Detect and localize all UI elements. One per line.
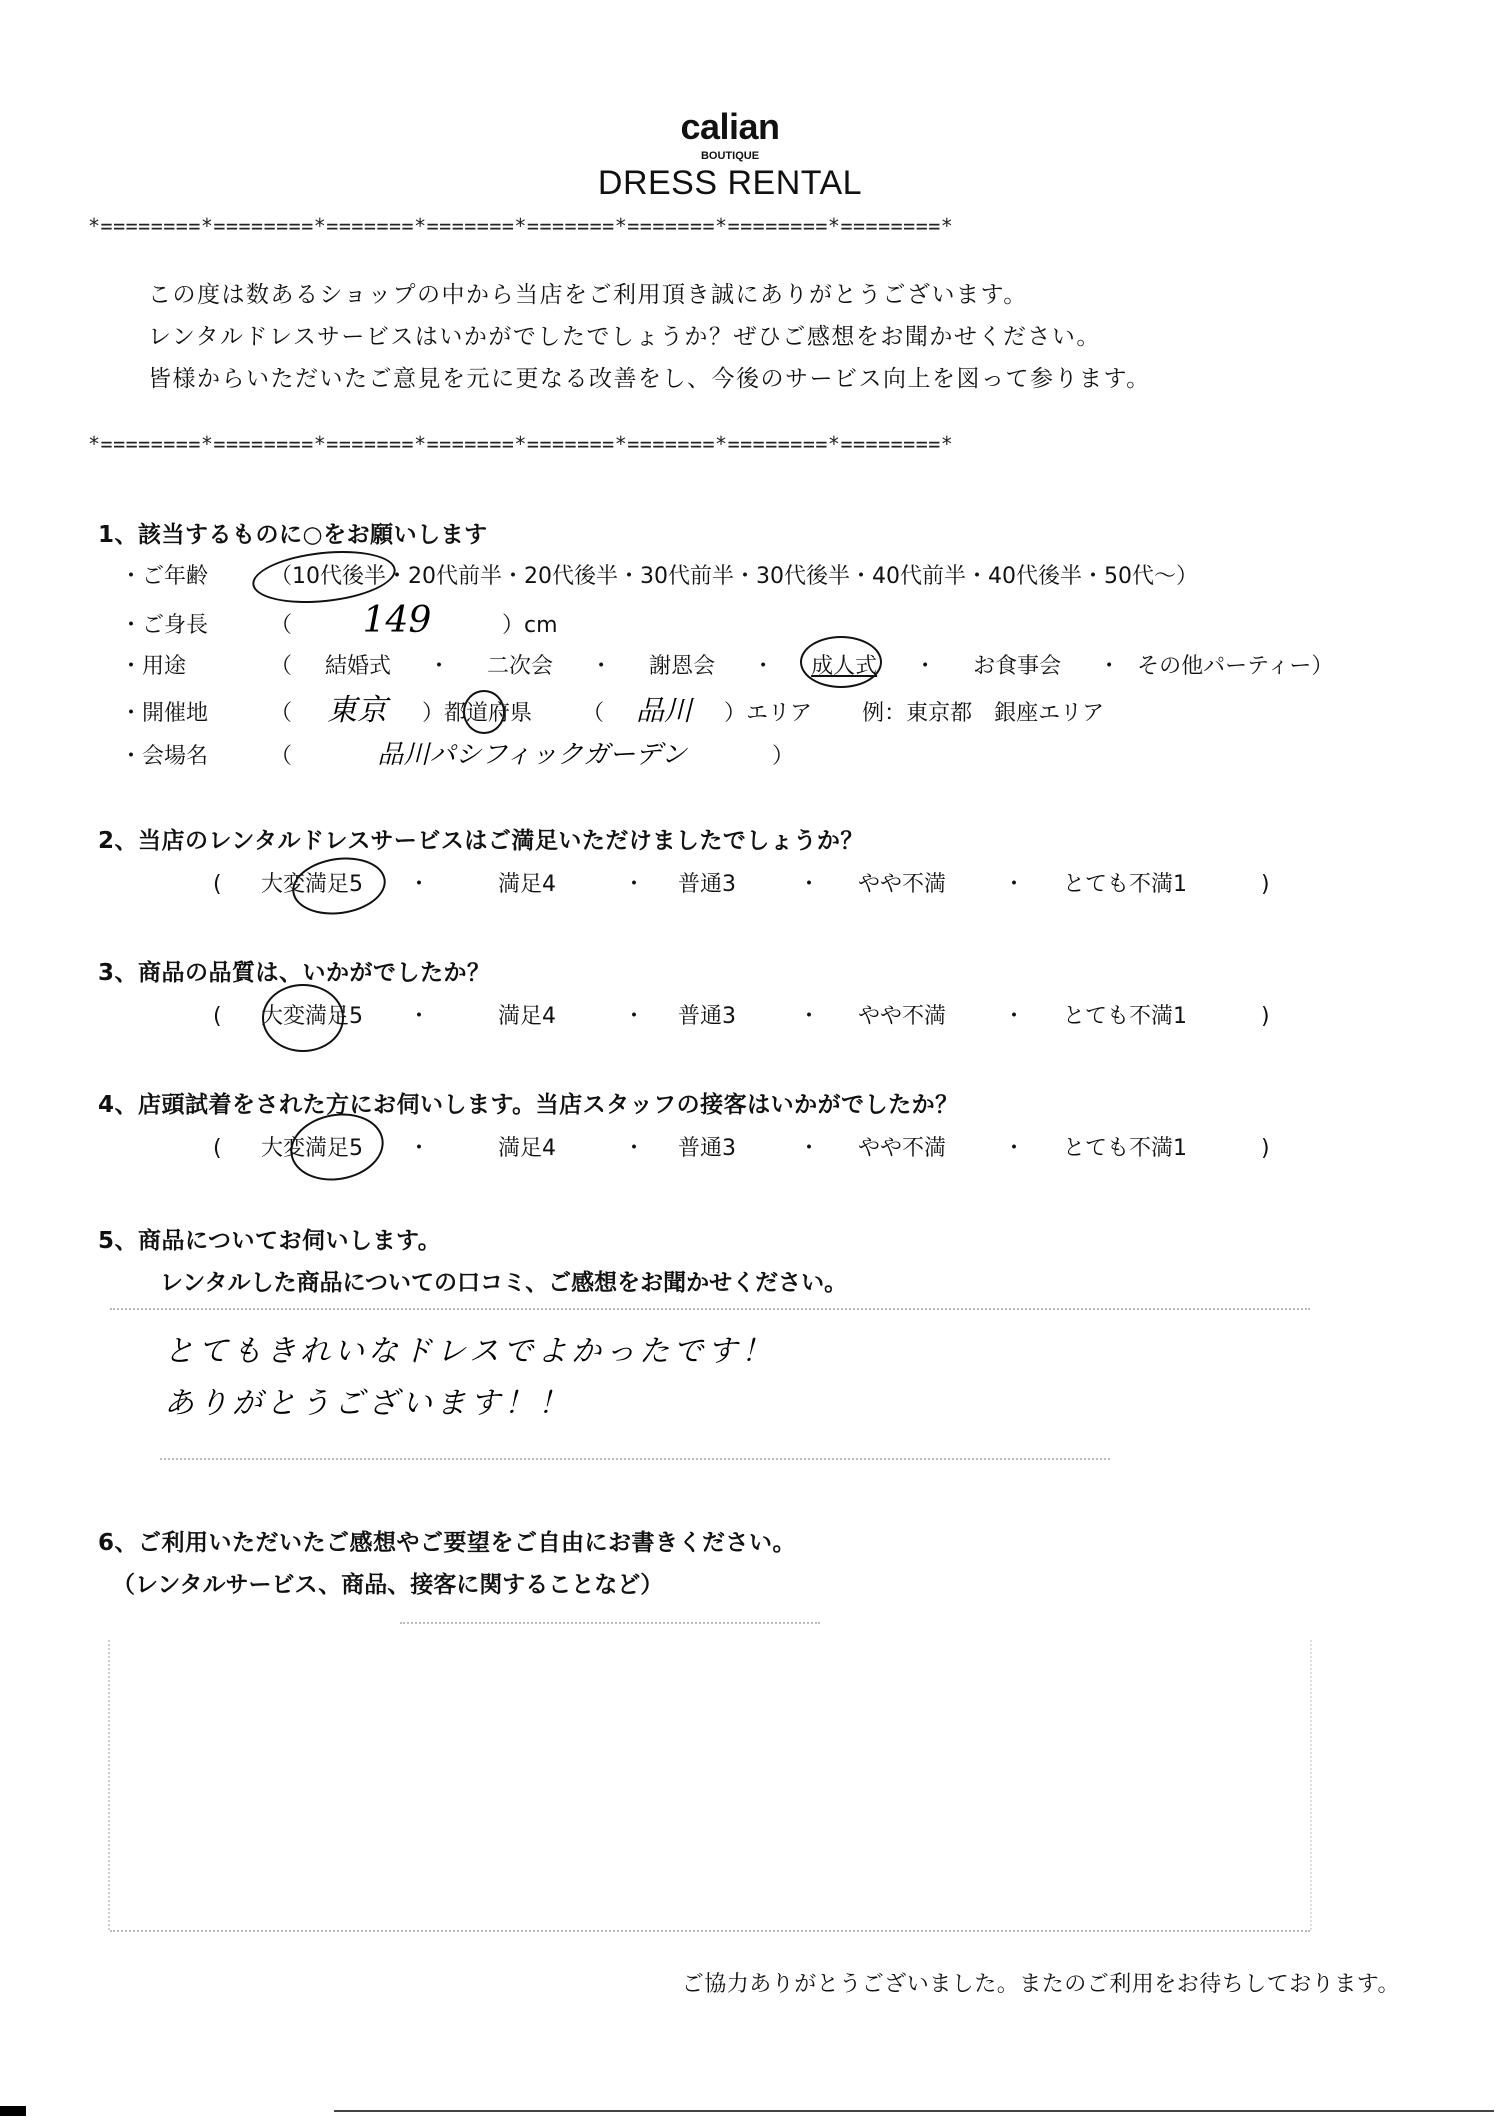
q6-answer-top-line: [400, 1622, 820, 1624]
q6-answer-box[interactable]: [108, 1640, 1312, 1930]
q2-selection-circle: [289, 852, 390, 921]
q5-answer-line: ありがとうございます！！: [140, 1378, 1300, 1430]
q4-option-very-dissatisfied[interactable]: とても不満1: [1063, 1134, 1187, 1164]
paren-open: （: [270, 744, 292, 769]
paren-close: ）: [1311, 654, 1333, 679]
q5-answer-top-line: [110, 1308, 1310, 1310]
purpose-row: ・用途（ 結婚式 ・ 二次会 ・ 謝恩会 ・ 成人式 ・ お食事会 ・ その他パ…: [120, 652, 1333, 682]
location-row: ・開催地（東京）都道府県（品川）エリア例：東京都 銀座エリア: [120, 696, 1104, 729]
q5-answer-bottom-line: [160, 1458, 1110, 1460]
q4-option-neutral[interactable]: 普通3: [678, 1134, 736, 1164]
purpose-option-thanks-party[interactable]: 謝恩会: [649, 654, 715, 679]
prefecture-value[interactable]: 東京: [292, 696, 422, 726]
q6-subtitle: （レンタルサービス、商品、接客に関することなど）: [112, 1570, 663, 1600]
scan-bottom-rule: [334, 2110, 1494, 2112]
q3-option-dissatisfied[interactable]: やや不満: [858, 1002, 946, 1032]
purpose-option-other-party[interactable]: その他パーティー: [1137, 654, 1311, 679]
q2-option-satisfied[interactable]: 満足4: [498, 870, 556, 900]
prefecture-selection-circle: [463, 690, 505, 734]
location-label: ・開催地: [120, 699, 270, 729]
q4-option-dissatisfied[interactable]: やや不満: [858, 1134, 946, 1164]
intro-text: この度は数あるショップの中から当店をご利用頂き誠にありがとうございます。 レンタ…: [148, 274, 1151, 400]
q1-title: 1、該当するものに○をお願いします: [98, 520, 488, 550]
height-row: ・ご身長（149）cm: [120, 606, 558, 641]
q3-rating-options: ( 大変満足5 ・ 満足4 ・ 普通3 ・ やや不満 ・ とても不満1 ): [213, 1002, 1313, 1034]
intro-line: レンタルドレスサービスはいかがでしたでしょうか？ぜひご感想をお聞かせください。: [148, 316, 1151, 358]
brand-subtitle: BOUTIQUE: [0, 150, 1460, 162]
purpose-option-dinner[interactable]: お食事会: [973, 654, 1061, 679]
separator: ・: [752, 654, 774, 679]
height-value[interactable]: 149: [292, 606, 502, 636]
paren-open: （: [270, 654, 292, 679]
venue-row: ・会場名（品川パシフィックガーデン）: [120, 740, 794, 772]
q4-option-satisfied[interactable]: 満足4: [498, 1134, 556, 1164]
footer-thanks: ご協力ありがとうございました。またのご利用をお待ちしております。: [682, 1970, 1400, 2000]
q4-title: 4、店頭試着をされた方にお伺いします。当店スタッフの接客はいかがでしたか？: [98, 1090, 959, 1120]
age-label: ・ご年齢: [120, 562, 270, 592]
separator: ・: [590, 654, 612, 679]
q2-option-neutral[interactable]: 普通3: [678, 870, 736, 900]
height-unit: ）cm: [502, 613, 558, 638]
q3-option-very-dissatisfied[interactable]: とても不満1: [1063, 1002, 1187, 1032]
purpose-selection-circle: [800, 636, 882, 688]
q2-title: 2、当店のレンタルドレスサービスはご満足いただけましたでしょうか？: [98, 826, 864, 856]
venue-label: ・会場名: [120, 742, 270, 772]
q5-title: 5、商品についてお伺いします。: [98, 1226, 441, 1256]
divider-bottom: *========*========*=======*=======*=====…: [88, 432, 1388, 456]
purpose-option-afterparty[interactable]: 二次会: [487, 654, 553, 679]
purpose-option-wedding[interactable]: 結婚式: [325, 654, 391, 679]
divider-top: *========*========*=======*=======*=====…: [88, 214, 1388, 238]
height-label: ・ご身長: [120, 611, 270, 641]
q2-option-dissatisfied[interactable]: やや不満: [858, 870, 946, 900]
area-suffix: ）エリア: [724, 701, 812, 726]
area-value[interactable]: 品川: [604, 696, 724, 726]
paren-open: （: [270, 701, 292, 726]
paren-open: （: [582, 701, 604, 726]
separator: ・: [1098, 654, 1120, 679]
separator: ・: [914, 654, 936, 679]
paren-open: （: [270, 613, 292, 638]
q5-answer-box[interactable]: とてもきれいなドレスでよかったです！ ありがとうございます！！: [140, 1326, 1300, 1430]
document-title: DRESS RENTAL: [0, 164, 1460, 202]
purpose-label: ・用途: [120, 652, 270, 682]
q5-answer-line: とてもきれいなドレスでよかったです！: [140, 1326, 1300, 1378]
scan-edge-mark: [0, 2106, 26, 2116]
location-example: 例：東京都 銀座エリア: [862, 701, 1104, 726]
q2-option-very-dissatisfied[interactable]: とても不満1: [1063, 870, 1187, 900]
q3-selection-circle: [262, 984, 344, 1052]
intro-line: この度は数あるショップの中から当店をご利用頂き誠にありがとうございます。: [148, 274, 1151, 316]
brand-logo: calian: [0, 108, 1460, 146]
q6-answer-bottom-line: [110, 1930, 1310, 1932]
q6-title: 6、ご利用いただいたご感想やご要望をご自由にお書きください。: [98, 1528, 796, 1558]
age-options[interactable]: （10代後半・20代前半・20代後半・30代前半・30代後半・40代前半・40代…: [270, 564, 1198, 589]
paren-close: ）: [772, 744, 794, 769]
venue-value[interactable]: 品川パシフィックガーデン: [292, 740, 772, 770]
intro-line: 皆様からいただいたご意見を元に更なる改善をし、今後のサービス向上を図って参ります…: [148, 358, 1151, 400]
q3-option-neutral[interactable]: 普通3: [678, 1002, 736, 1032]
separator: ・: [428, 654, 450, 679]
q3-option-satisfied[interactable]: 満足4: [498, 1002, 556, 1032]
q5-subtitle: レンタルした商品についての口コミ、ご感想をお聞かせください。: [160, 1268, 847, 1298]
q3-title: 3、商品の品質は、いかがでしたか？: [98, 958, 491, 988]
